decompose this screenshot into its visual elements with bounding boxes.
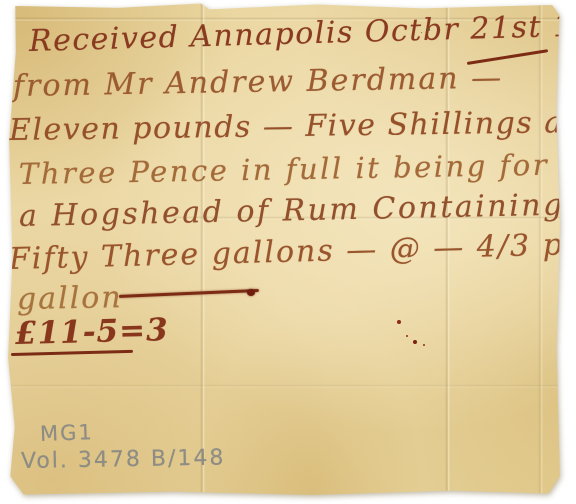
- receipt-line-2: from Mr Andrew Berdman —: [13, 60, 504, 104]
- receipt-total-line: £11-5=3: [15, 312, 170, 352]
- receipt-line-7: gallon: [17, 280, 123, 317]
- receipt-line-6: Fifty Three gallons — @ — 4/3 per: [9, 227, 576, 277]
- ink-specks: [427, 28, 430, 31]
- ink-spatter: [397, 320, 401, 324]
- receipt-line-5: a Hogshead of Rum Containing: [19, 188, 565, 234]
- receipt-line-4: Three Pence in full it being for: [19, 148, 550, 191]
- gallon-dash-mark: [119, 289, 259, 298]
- receipt-line-1: Received Annapolis Octbr 21st 1807: [29, 7, 576, 59]
- paper-shadow: Received Annapolis Octbr 21st 1807 from …: [0, 0, 576, 504]
- date-underline-mark: [467, 49, 548, 65]
- ink-blot: [247, 289, 255, 296]
- archival-note-volume: Vol. 3478 B/148: [21, 445, 226, 474]
- receipt-line-3: Eleven pounds — Five Shillings and: [9, 105, 576, 148]
- receipt-paper: Received Annapolis Octbr 21st 1807 from …: [7, 2, 561, 496]
- fold-crease-horizontal-bottom: [7, 384, 561, 388]
- archival-note-fonds: MG1: [40, 420, 95, 446]
- scan-background: Received Annapolis Octbr 21st 1807 from …: [0, 0, 576, 504]
